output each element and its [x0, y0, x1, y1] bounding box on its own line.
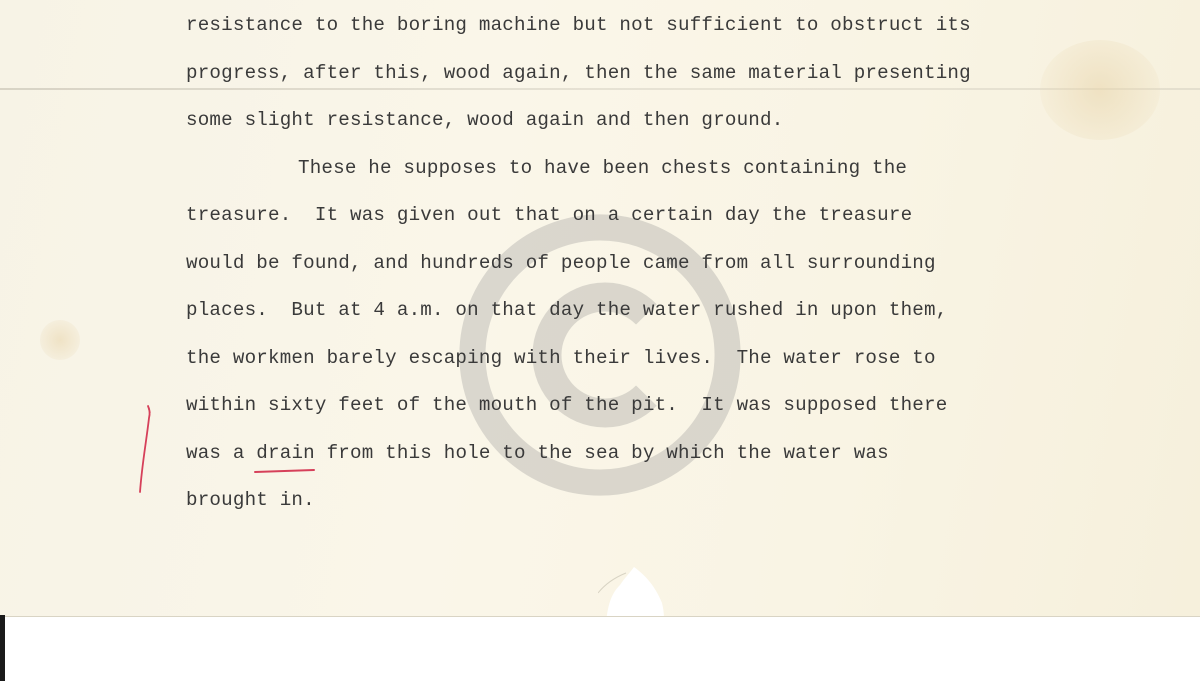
underlined-word: drain: [256, 442, 315, 464]
text-line: the workmen barely escaping with their l…: [186, 343, 1176, 391]
text-line: brought in.: [186, 485, 1176, 533]
text-line: would be found, and hundreds of people c…: [186, 248, 1176, 296]
red-margin-mark-icon: [136, 404, 156, 496]
text-line: treasure. It was given out that on a cer…: [186, 200, 1176, 248]
typewritten-text: resistance to the boring machine but not…: [186, 10, 1176, 533]
text-line: some slight resistance, wood again and t…: [186, 105, 1176, 153]
text-line: within sixty feet of the mouth of the pi…: [186, 390, 1176, 438]
scan-edge-shadow: [0, 615, 5, 681]
text-line: progress, after this, wood again, then t…: [186, 58, 1176, 106]
text-line: places. But at 4 a.m. on that day the wa…: [186, 295, 1176, 343]
torn-hole-icon: [598, 553, 668, 617]
paper-stain: [40, 320, 80, 360]
text-line: resistance to the boring machine but not…: [186, 10, 1176, 58]
paper-sheet: resistance to the boring machine but not…: [0, 0, 1200, 617]
scanned-document: resistance to the boring machine but not…: [0, 0, 1200, 681]
paragraph-start-line: These he supposes to have been chests co…: [186, 153, 1176, 201]
text-segment: was a: [186, 442, 256, 464]
text-segment: from this hole to the sea by which the w…: [315, 442, 889, 464]
text-line: was a drain from this hole to the sea by…: [186, 438, 1176, 486]
